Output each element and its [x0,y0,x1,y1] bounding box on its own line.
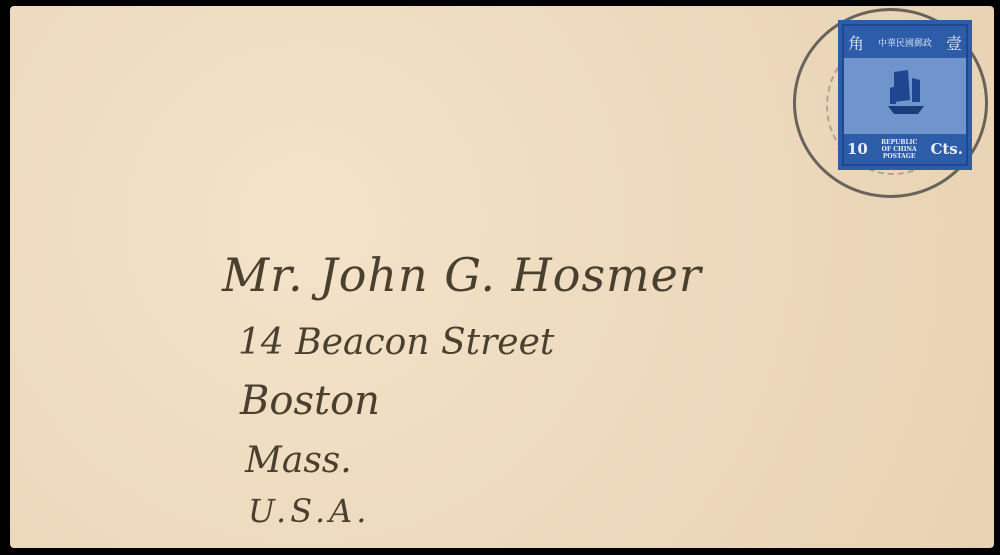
stamp-text-line: POSTAGE [881,153,917,160]
address-city: Boston [240,378,380,424]
recipient-name: Mr. John G. Hosmer [222,248,702,302]
stamp-text-line: OF CHINA [881,146,917,153]
stamp-right-char: 壹 [946,31,962,54]
address-country: U.S.A. [248,492,370,530]
address-state: Mass. [245,440,352,481]
address-street: 14 Beacon Street [238,322,554,363]
stamp-value: 10 [847,140,868,158]
postage-stamp: 角 中華民國郵政 壹 10 REPUBLIC OF CHINA POSTAGE … [838,20,972,170]
stamp-currency: Cts. [930,140,963,158]
stamp-left-char: 角 [848,31,864,54]
junk-ship-icon [886,64,926,120]
stamp-top-text: 中華民國郵政 [878,36,932,49]
stamp-text-line: REPUBLIC [881,139,917,146]
